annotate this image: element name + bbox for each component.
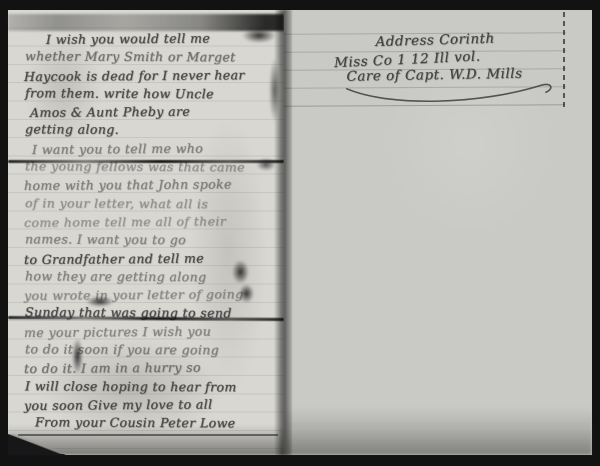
- letter-line: Amos & Aunt Pheby are: [24, 102, 282, 122]
- letter-line: to do it. I am in a hurry so: [24, 358, 282, 378]
- dashed-margin-line: [563, 12, 565, 108]
- folded-corner-edge: [6, 434, 66, 454]
- page-gutter-shadow: [274, 10, 292, 455]
- letter-line: of in your letter, what all is: [25, 194, 283, 214]
- ink-blot: [239, 284, 254, 303]
- letter-line: to do it soon if you are going: [25, 340, 283, 360]
- letter-left-page: I wish you would tell me whether Mary Sm…: [8, 10, 284, 455]
- letter-line: me your pictures I wish you: [24, 322, 282, 342]
- letter-line: I want you to tell me who: [24, 139, 282, 159]
- ink-streak: [8, 160, 284, 163]
- letter-line: home with you that John spoke: [24, 175, 282, 195]
- letter-line: names. I want you to go: [25, 231, 283, 251]
- letter-line: come home tell me all of their: [24, 212, 282, 232]
- letter-line: Haycook is dead for I never hear: [24, 66, 282, 86]
- letter-line: whether Mary Smith or Marget: [25, 48, 283, 68]
- ink-blot: [242, 28, 276, 43]
- address-block: Address Corinth Miss Co 1 12 Ill vol. Ca…: [331, 29, 562, 88]
- scanned-letter-photo: I wish you would tell me whether Mary Sm…: [0, 0, 600, 466]
- ink-blot: [232, 260, 249, 284]
- letter-body: I wish you would tell me whether Mary Sm…: [24, 30, 282, 433]
- letter-line: I will close hoping to hear from: [25, 377, 283, 397]
- ink-blot: [72, 338, 83, 374]
- letter-right-page: Address Corinth Miss Co 1 12 Ill vol. Ca…: [284, 10, 592, 455]
- ink-blot: [86, 296, 114, 307]
- ink-blot: [256, 158, 276, 171]
- letter-line: you soon Give my love to all: [24, 395, 282, 415]
- letter-line: from them. write how Uncle: [25, 84, 283, 104]
- letter-line: getting along.: [25, 121, 283, 141]
- bottom-smudge: [284, 407, 592, 455]
